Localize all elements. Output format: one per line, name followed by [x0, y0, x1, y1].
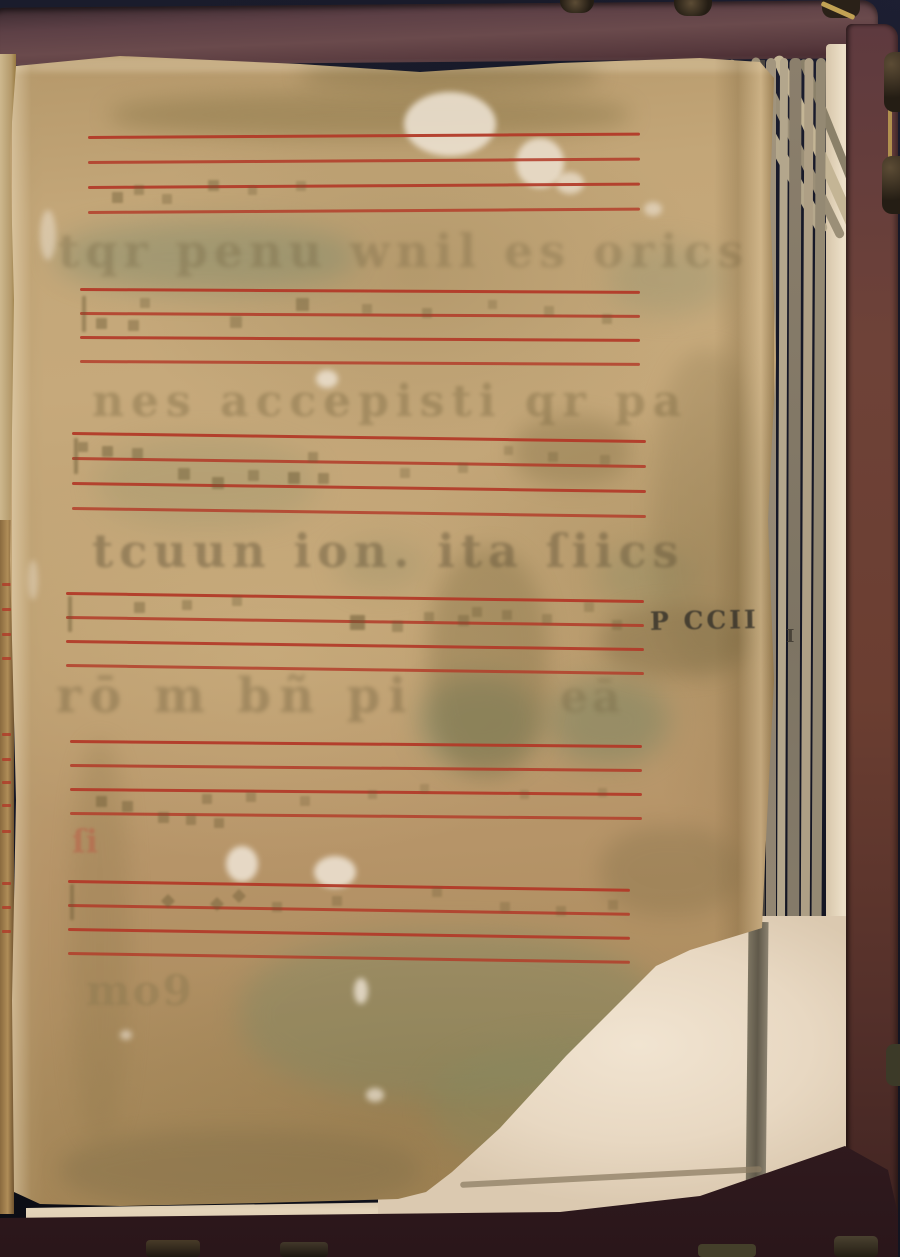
bronze-foot	[280, 1242, 328, 1257]
bronze-foot	[146, 1240, 200, 1257]
faded-chant-text-2: nes accepisti qr pa	[92, 376, 688, 427]
manuscript-photo: tqr penu wnil es oricsnes accepisti qr p…	[0, 0, 900, 1257]
faded-word-mos: mo9	[86, 966, 194, 1015]
red-staff-end-mark	[2, 882, 11, 885]
red-staff-end-mark	[2, 657, 11, 660]
bronze-boss-top-right	[674, 0, 712, 16]
stack-ink-mark: I	[786, 626, 794, 647]
red-staff-end-mark	[2, 608, 11, 611]
faded-chant-text-4: rō m bñ pi	[56, 668, 414, 724]
red-staff-end-mark	[2, 583, 11, 586]
bronze-boss-right-upper	[884, 52, 900, 112]
bronze-foot	[698, 1244, 756, 1257]
red-staff-end-mark	[2, 758, 11, 761]
red-staff-end-mark	[2, 906, 11, 909]
faded-chant-text-3: tcuun ion. ita ſiics	[92, 524, 684, 578]
folio-number-inscription: P CCII	[650, 605, 759, 636]
red-staff-end-mark	[2, 830, 11, 833]
bronze-foot	[834, 1236, 878, 1257]
red-staff-end-mark	[2, 804, 11, 807]
red-staff-end-mark	[2, 733, 11, 736]
bronze-boss-right-lower	[882, 156, 900, 214]
red-staff-end-mark	[2, 633, 11, 636]
faded-red-rubric: ſi	[72, 822, 98, 860]
faded-chant-text-5: eā	[560, 672, 625, 723]
red-staff-end-mark	[2, 781, 11, 784]
faded-chant-text-1: tqr penu wnil es orics	[58, 224, 749, 278]
red-staff-end-mark	[2, 930, 11, 933]
bronze-fitting-right-bottom	[886, 1044, 900, 1086]
binding-leather-top	[0, 0, 878, 66]
